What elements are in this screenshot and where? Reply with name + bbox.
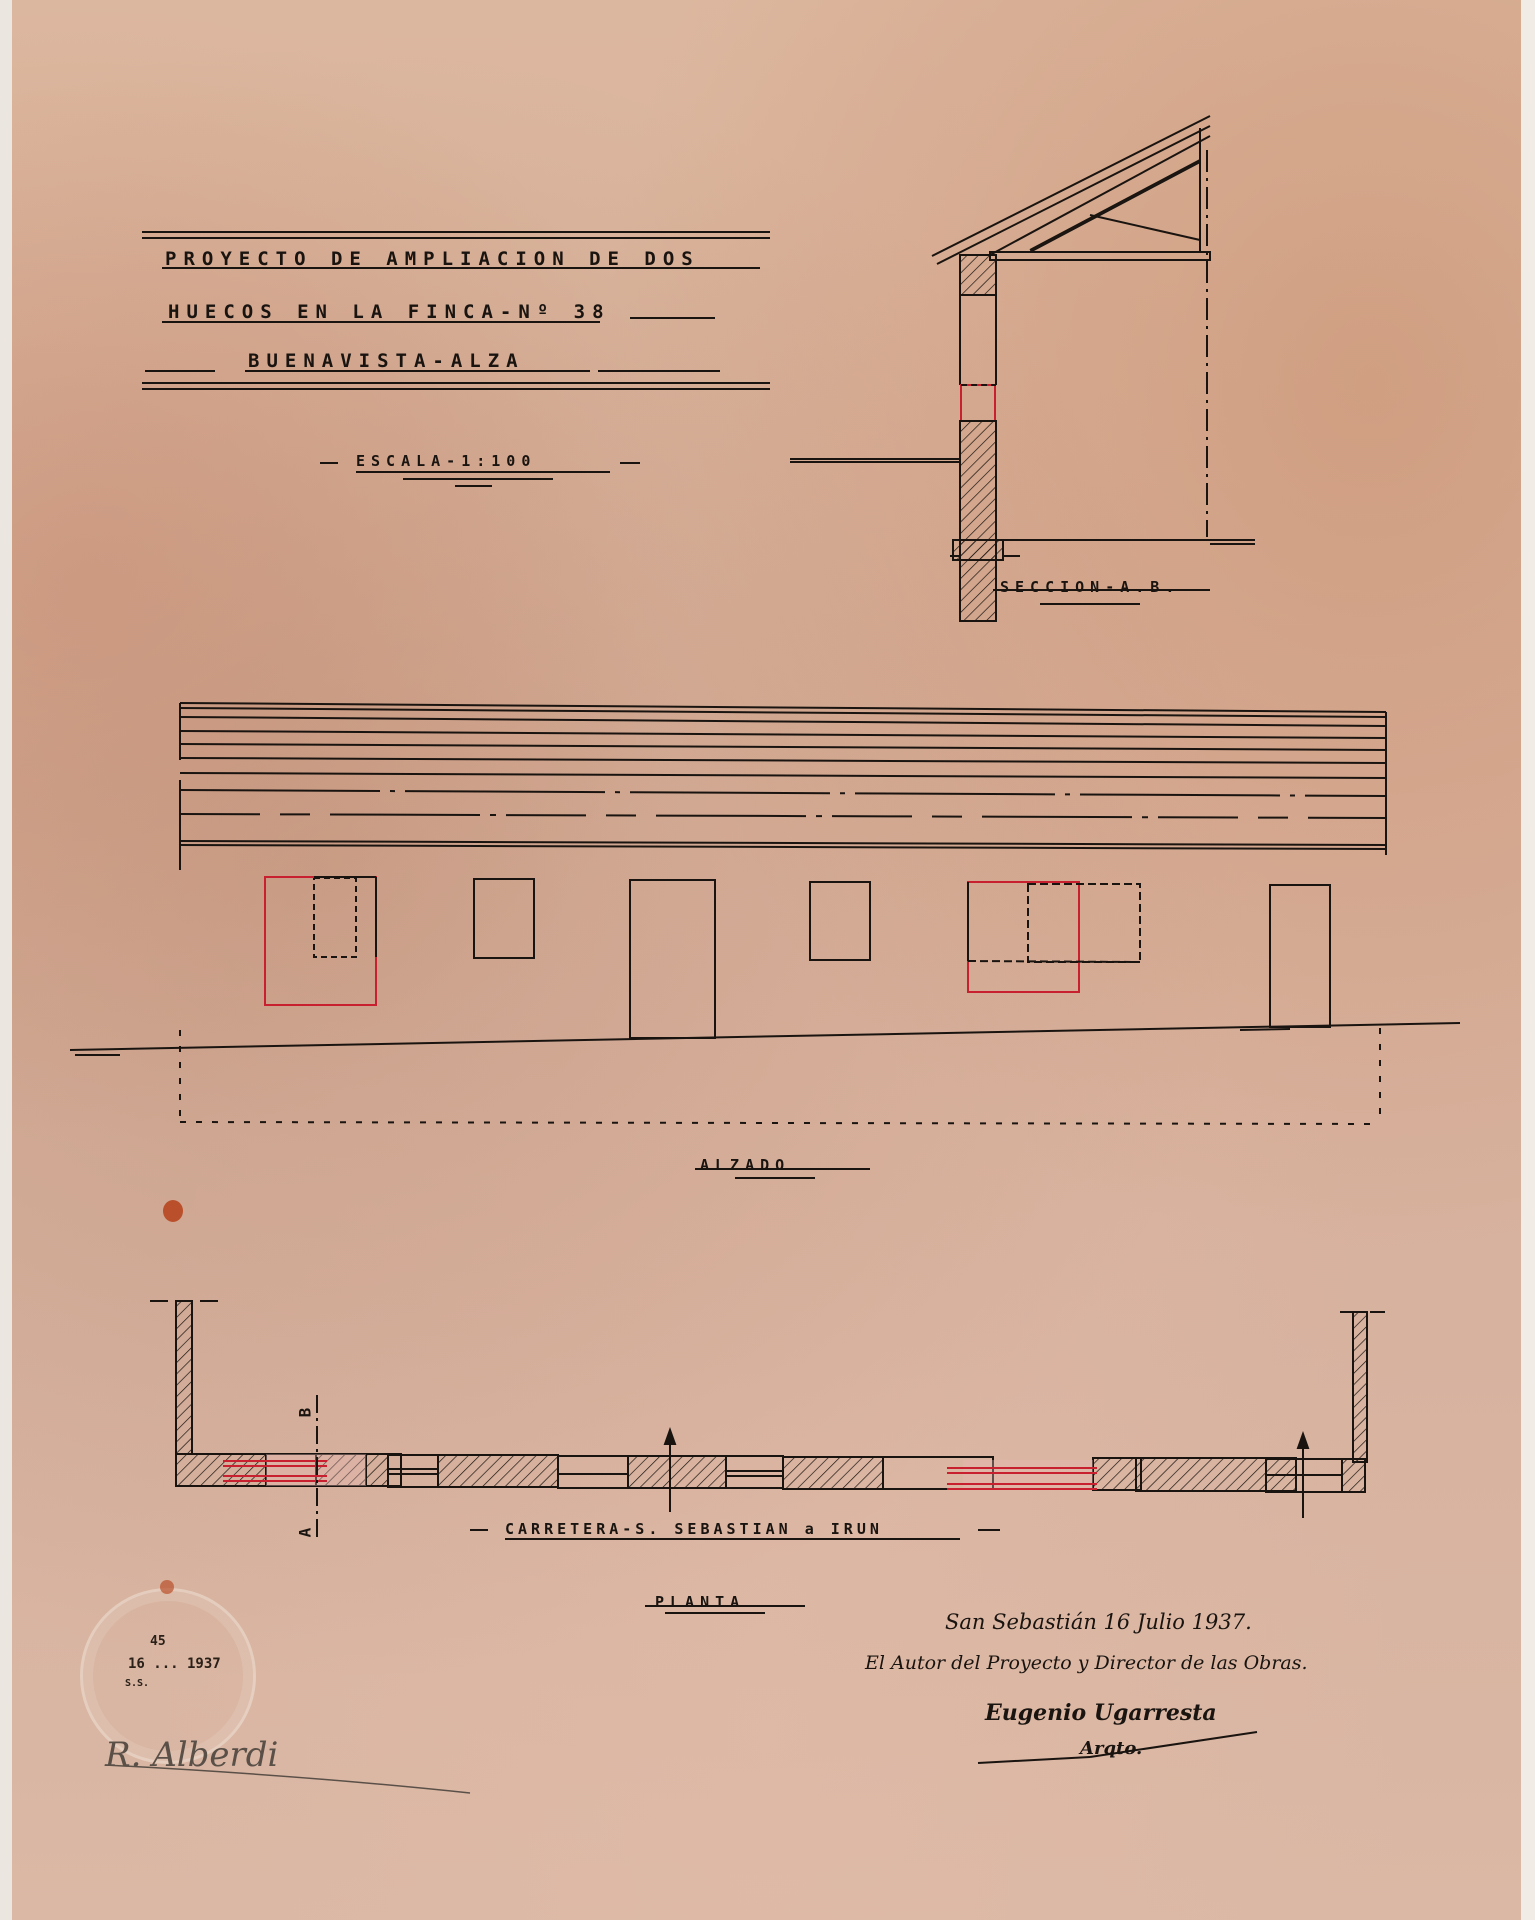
stamp-date: 16 ... 1937 (128, 1656, 221, 1672)
wax-stain (160, 1580, 174, 1594)
author-role: El Autor del Proyecto y Director de las … (865, 1652, 1308, 1674)
road-label: CARRETERA-S. SEBASTIAN a IRUN (505, 1520, 883, 1538)
section-mark-a: A (295, 1522, 314, 1538)
elevation-label: ALZADO (700, 1156, 790, 1174)
section-ab-drawing (790, 116, 1255, 621)
section-mark-b: B (295, 1402, 314, 1418)
section-label: SECCION-A.B. (1000, 578, 1180, 596)
place-date: San Sebastián 16 Julio 1937. (945, 1610, 1252, 1634)
secondary-signature: R. Alberdi (105, 1735, 278, 1775)
stamp-number: 45 (150, 1634, 166, 1649)
stamp-code: S.S. (125, 1678, 149, 1689)
ink-stain (163, 1200, 183, 1222)
architect-title: Arqto. (1080, 1738, 1142, 1759)
elevation-drawing (70, 703, 1460, 1178)
architect-signature: Eugenio Ugarresta (985, 1700, 1217, 1726)
plan-label: PLANTA (655, 1593, 745, 1611)
